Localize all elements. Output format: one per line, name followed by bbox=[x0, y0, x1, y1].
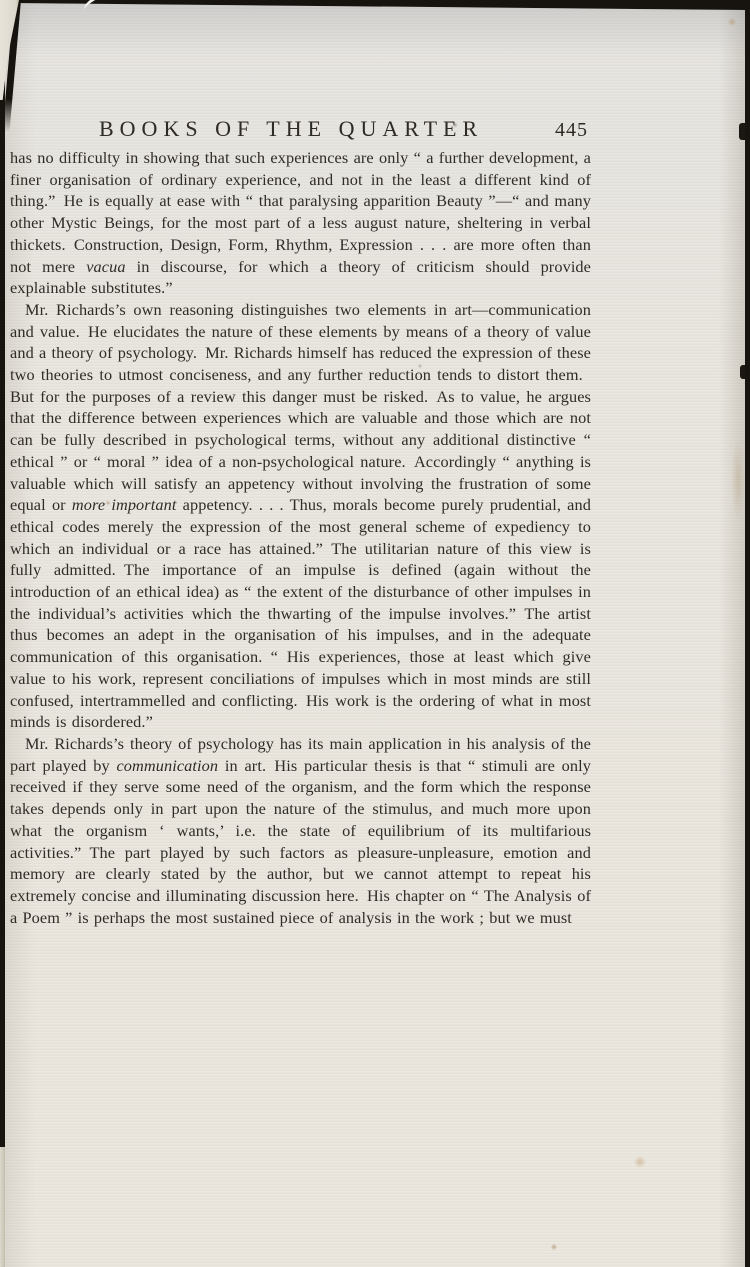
scan-edge-notch bbox=[740, 365, 745, 379]
page-title: BOOKS OF THE QUARTER bbox=[99, 116, 483, 142]
text-run: Mr. Richards’s own reasoning distinguish… bbox=[10, 300, 591, 514]
text-run: appetency. . . . Thus, morals become pur… bbox=[10, 495, 591, 731]
paragraph: Mr. Richards’s theory of psychology has … bbox=[10, 733, 591, 928]
scan-edge-notch bbox=[739, 123, 745, 140]
page-header: BOOKS OF THE QUARTER 445 bbox=[5, 116, 745, 146]
text-run: in art. His particular thesis is that “ … bbox=[10, 756, 591, 927]
italic-run: communication bbox=[116, 756, 218, 775]
scan-background: { "page_header": { "title": "BOOKS OF TH… bbox=[0, 0, 750, 1267]
italic-run: vacua bbox=[86, 257, 125, 276]
page-number: 445 bbox=[555, 119, 588, 142]
italic-run: more important bbox=[72, 495, 177, 514]
book-page: BOOKS OF THE QUARTER 445 has no difficul… bbox=[5, 0, 745, 1267]
paragraph: Mr. Richards’s own reasoning distinguish… bbox=[10, 299, 591, 733]
paragraph: has no difficulty in showing that such e… bbox=[10, 147, 591, 299]
text-body: has no difficulty in showing that such e… bbox=[10, 147, 591, 928]
page-edge-sliver-bottom bbox=[0, 1147, 5, 1267]
